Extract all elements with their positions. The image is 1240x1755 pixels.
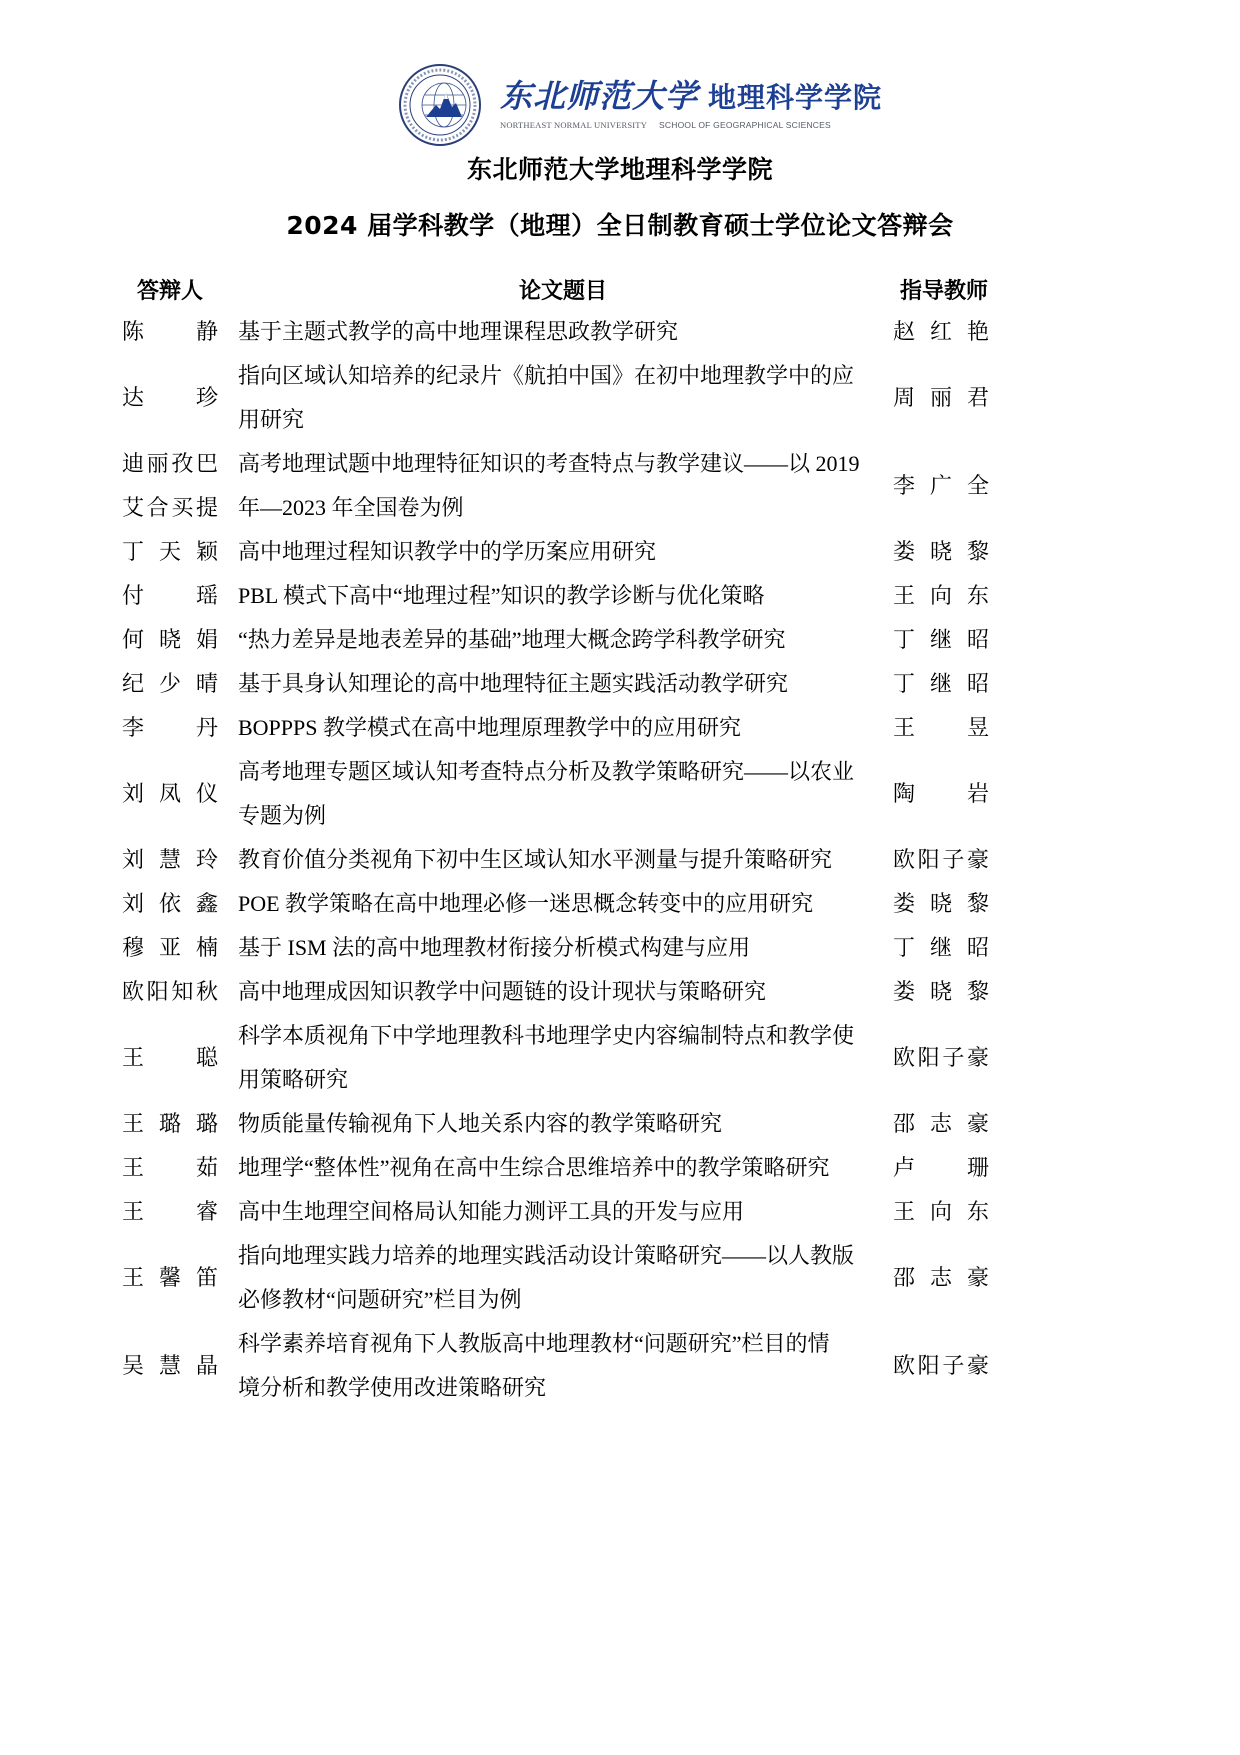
thesis-title: 指向地理实践力培养的地理实践活动设计策略研究——以人教版必修教材“问题研究”栏目… <box>238 1234 873 1322</box>
defender-name-line: 迪丽孜巴 <box>122 442 218 486</box>
thesis-title-line: 高考地理试题中地理特征知识的考查特点与教学建议——以 2019 <box>238 442 873 486</box>
advisor-name: 周丽君 <box>893 376 989 420</box>
school-logo: 东北师范大学 地理科学学院 NORTHEAST NORMAL UNIVERSIT… <box>398 62 882 148</box>
thesis-title-line: 指向区域认知培养的纪录片《航拍中国》在初中地理教学中的应 <box>238 354 873 398</box>
name-char: 欧 <box>122 970 144 1014</box>
advisor-name: 李广全 <box>893 464 989 508</box>
table-row: 丁天颖高中地理过程知识教学中的学历案应用研究娄晓黎 <box>122 530 1112 574</box>
table-row: 刘慧玲教育价值分类视角下初中生区域认知水平测量与提升策略研究欧阳子豪 <box>122 838 1112 882</box>
name-char: 子 <box>942 1036 964 1080</box>
name-char: 周 <box>893 376 915 420</box>
name-char: 茹 <box>196 1146 218 1190</box>
name-char: 晓 <box>159 618 181 662</box>
defender-name-line: 刘慧玲 <box>122 838 218 882</box>
thesis-title: 指向区域认知培养的纪录片《航拍中国》在初中地理教学中的应用研究 <box>238 354 873 442</box>
name-char: 晴 <box>196 662 218 706</box>
defender-name: 陈静 <box>122 310 218 354</box>
thesis-title: PBL 模式下高中“地理过程”知识的教学诊断与优化策略 <box>238 574 873 618</box>
name-char: 黎 <box>967 882 989 926</box>
name-char: 达 <box>122 376 144 420</box>
name-char: 君 <box>967 376 989 420</box>
name-char: 邵 <box>893 1102 915 1146</box>
defender-name-line: 欧阳知秋 <box>122 970 218 1014</box>
advisor-name-line: 王昱 <box>893 706 989 750</box>
advisor-name: 卢珊 <box>893 1146 989 1190</box>
name-char: 继 <box>930 662 952 706</box>
name-char: 珊 <box>967 1146 989 1190</box>
table-row: 付瑶PBL 模式下高中“地理过程”知识的教学诊断与优化策略王向东 <box>122 574 1112 618</box>
defender-name-line: 刘依鑫 <box>122 882 218 926</box>
name-char: 豪 <box>967 1036 989 1080</box>
name-char: 依 <box>159 882 181 926</box>
name-char: 欧 <box>893 838 915 882</box>
thesis-title: 高中生地理空间格局认知能力测评工具的开发与应用 <box>238 1190 873 1234</box>
thesis-title-line: 用策略研究 <box>238 1058 873 1102</box>
name-char: 璐 <box>196 1102 218 1146</box>
thesis-title-line: 高中地理成因知识教学中问题链的设计现状与策略研究 <box>238 970 873 1014</box>
name-char: 志 <box>930 1256 952 1300</box>
table-row: 纪少晴基于具身认知理论的高中地理特征主题实践活动教学研究丁继昭 <box>122 662 1112 706</box>
name-char: 广 <box>930 464 952 508</box>
table-row: 王睿高中生地理空间格局认知能力测评工具的开发与应用王向东 <box>122 1190 1112 1234</box>
name-char: 邵 <box>893 1256 915 1300</box>
thesis-title: 基于主题式教学的高中地理课程思政教学研究 <box>238 310 873 354</box>
thesis-title-line: 科学素养培育视角下人教版高中地理教材“问题研究”栏目的情 <box>238 1322 873 1366</box>
advisor-name-line: 娄晓黎 <box>893 530 989 574</box>
advisor-name: 丁继昭 <box>893 618 989 662</box>
thesis-title: 科学素养培育视角下人教版高中地理教材“问题研究”栏目的情境分析和教学使用改进策略… <box>238 1322 873 1410</box>
name-char: 李 <box>122 706 144 750</box>
table-row: 达珍指向区域认知培养的纪录片《航拍中国》在初中地理教学中的应用研究周丽君 <box>122 354 1112 442</box>
name-char: 娄 <box>893 530 915 574</box>
name-char: 睿 <box>196 1190 218 1234</box>
name-char: 付 <box>122 574 144 618</box>
thesis-title-line: 高中地理过程知识教学中的学历案应用研究 <box>238 530 873 574</box>
name-char: 卢 <box>893 1146 915 1190</box>
defender-name-line: 付瑶 <box>122 574 218 618</box>
advisor-name-line: 欧阳子豪 <box>893 1344 989 1388</box>
school-name-en: SCHOOL OF GEOGRAPHICAL SCIENCES <box>659 120 831 130</box>
advisor-name: 王向东 <box>893 1190 989 1234</box>
thesis-title-line: 基于具身认知理论的高中地理特征主题实践活动教学研究 <box>238 662 873 706</box>
name-char: 阳 <box>918 1036 940 1080</box>
table-row: 王璐璐物质能量传输视角下人地关系内容的教学策略研究邵志豪 <box>122 1102 1112 1146</box>
defender-name: 丁天颖 <box>122 530 218 574</box>
thesis-title-line: PBL 模式下高中“地理过程”知识的教学诊断与优化策略 <box>238 574 873 618</box>
thesis-title: 地理学“整体性”视角在高中生综合思维培养中的教学策略研究 <box>238 1146 873 1190</box>
thesis-title: POE 教学策略在高中地理必修一迷思概念转变中的应用研究 <box>238 882 873 926</box>
thesis-title: 物质能量传输视角下人地关系内容的教学策略研究 <box>238 1102 873 1146</box>
advisor-name: 娄晓黎 <box>893 530 989 574</box>
name-char: 子 <box>942 1344 964 1388</box>
name-char: 璐 <box>159 1102 181 1146</box>
name-char: 晓 <box>930 530 952 574</box>
name-char: 刘 <box>122 772 144 816</box>
advisor-name: 丁继昭 <box>893 926 989 970</box>
column-header-defender: 答辩人 <box>122 274 218 305</box>
defender-name: 迪丽孜巴艾合买提 <box>122 442 218 530</box>
advisor-name: 王昱 <box>893 706 989 750</box>
thesis-title-line: 境分析和教学使用改进策略研究 <box>238 1366 873 1410</box>
thesis-title: 高中地理过程知识教学中的学历案应用研究 <box>238 530 873 574</box>
table-row: 刘依鑫POE 教学策略在高中地理必修一迷思概念转变中的应用研究娄晓黎 <box>122 882 1112 926</box>
name-char: 丹 <box>196 706 218 750</box>
advisor-name-line: 卢珊 <box>893 1146 989 1190</box>
name-char: 豪 <box>967 1256 989 1300</box>
thesis-title: 高中地理成因知识教学中问题链的设计现状与策略研究 <box>238 970 873 1014</box>
name-char: 静 <box>196 310 218 354</box>
name-char: 巴 <box>196 442 218 486</box>
advisor-name-line: 周丽君 <box>893 376 989 420</box>
name-char: 知 <box>171 970 193 1014</box>
name-char: 笛 <box>196 1256 218 1300</box>
table-row: 王聪科学本质视角下中学地理教科书地理学史内容编制特点和教学使用策略研究欧阳子豪 <box>122 1014 1112 1102</box>
name-char: 刘 <box>122 838 144 882</box>
thesis-title: 教育价值分类视角下初中生区域认知水平测量与提升策略研究 <box>238 838 873 882</box>
defender-name-line: 丁天颖 <box>122 530 218 574</box>
defender-name-line: 达珍 <box>122 376 218 420</box>
name-char: 王 <box>122 1190 144 1234</box>
advisor-name-line: 欧阳子豪 <box>893 838 989 882</box>
thesis-title-line: 教育价值分类视角下初中生区域认知水平测量与提升策略研究 <box>238 838 873 882</box>
name-char: 王 <box>122 1036 144 1080</box>
defender-name-line: 王茹 <box>122 1146 218 1190</box>
defender-name-line: 陈静 <box>122 310 218 354</box>
name-char: 迪 <box>122 442 144 486</box>
name-char: 鑫 <box>196 882 218 926</box>
name-char: 丁 <box>122 530 144 574</box>
name-char: 何 <box>122 618 144 662</box>
brand-block: 东北师范大学 地理科学学院 NORTHEAST NORMAL UNIVERSIT… <box>500 80 882 130</box>
thesis-title-line: POE 教学策略在高中地理必修一迷思概念转变中的应用研究 <box>238 882 873 926</box>
advisor-name-line: 丁继昭 <box>893 662 989 706</box>
advisor-name: 娄晓黎 <box>893 882 989 926</box>
name-char: 楠 <box>196 926 218 970</box>
advisor-name: 陶岩 <box>893 772 989 816</box>
thesis-title-line: 科学本质视角下中学地理教科书地理学史内容编制特点和教学使 <box>238 1014 873 1058</box>
name-char: 慧 <box>159 838 181 882</box>
advisor-name: 赵红艳 <box>893 310 989 354</box>
name-char: 子 <box>942 838 964 882</box>
thesis-title-line: BOPPPS 教学模式在高中地理原理教学中的应用研究 <box>238 706 873 750</box>
defender-name: 王睿 <box>122 1190 218 1234</box>
defender-name: 何晓娟 <box>122 618 218 662</box>
name-char: 阳 <box>918 838 940 882</box>
university-name-en: NORTHEAST NORMAL UNIVERSITY <box>500 120 647 130</box>
thesis-title: 基于具身认知理论的高中地理特征主题实践活动教学研究 <box>238 662 873 706</box>
name-char: 吴 <box>122 1344 144 1388</box>
name-char: 晓 <box>930 970 952 1014</box>
defender-name: 付瑶 <box>122 574 218 618</box>
thesis-title-line: 年—2023 年全国卷为例 <box>238 486 873 530</box>
name-char: 娄 <box>893 970 915 1014</box>
advisor-name-line: 王向东 <box>893 1190 989 1234</box>
advisor-name-line: 王向东 <box>893 574 989 618</box>
name-char: 陈 <box>122 310 144 354</box>
name-char: 向 <box>930 574 952 618</box>
thesis-title: 基于 ISM 法的高中地理教材衔接分析模式构建与应用 <box>238 926 873 970</box>
thesis-title-line: 物质能量传输视角下人地关系内容的教学策略研究 <box>238 1102 873 1146</box>
defender-name-line: 艾合买提 <box>122 486 218 530</box>
name-char: 凤 <box>159 772 181 816</box>
name-char: 王 <box>122 1146 144 1190</box>
advisor-name-line: 娄晓黎 <box>893 882 989 926</box>
thesis-title-line: 地理学“整体性”视角在高中生综合思维培养中的教学策略研究 <box>238 1146 873 1190</box>
table-body: 陈静基于主题式教学的高中地理课程思政教学研究赵红艳达珍指向区域认知培养的纪录片《… <box>122 310 1112 1410</box>
defender-name: 王璐璐 <box>122 1102 218 1146</box>
name-char: 玲 <box>196 838 218 882</box>
name-char: 陶 <box>893 772 915 816</box>
name-char: 娟 <box>196 618 218 662</box>
advisor-name-line: 赵红艳 <box>893 310 989 354</box>
name-char: 豪 <box>967 1102 989 1146</box>
thesis-title: BOPPPS 教学模式在高中地理原理教学中的应用研究 <box>238 706 873 750</box>
defender-name: 王茹 <box>122 1146 218 1190</box>
name-char: 亚 <box>159 926 181 970</box>
name-char: 昭 <box>967 926 989 970</box>
name-char: 买 <box>171 486 193 530</box>
school-name-cn: 地理科学学院 <box>708 84 882 112</box>
advisor-name-line: 陶岩 <box>893 772 989 816</box>
thesis-title-line: “热力差异是地表差异的基础”地理大概念跨学科教学研究 <box>238 618 873 662</box>
university-seal-icon <box>398 63 482 147</box>
defender-name-line: 何晓娟 <box>122 618 218 662</box>
name-char: 红 <box>930 310 952 354</box>
name-char: 继 <box>930 926 952 970</box>
name-char: 仪 <box>196 772 218 816</box>
name-char: 丽 <box>930 376 952 420</box>
page-subtitle: 2024 届学科教学（地理）全日制教育硕士学位论文答辩会 <box>0 206 1240 242</box>
defender-name: 刘凤仪 <box>122 772 218 816</box>
name-char: 秋 <box>196 970 218 1014</box>
table-row: 刘凤仪高考地理专题区域认知考查特点分析及教学策略研究——以农业专题为例陶岩 <box>122 750 1112 838</box>
defender-name: 刘慧玲 <box>122 838 218 882</box>
name-char: 王 <box>893 1190 915 1234</box>
name-char: 孜 <box>171 442 193 486</box>
table-row: 穆亚楠基于 ISM 法的高中地理教材衔接分析模式构建与应用丁继昭 <box>122 926 1112 970</box>
name-char: 昭 <box>967 618 989 662</box>
name-char: 豪 <box>967 838 989 882</box>
name-char: 丁 <box>893 618 915 662</box>
advisor-name-line: 娄晓黎 <box>893 970 989 1014</box>
advisor-name: 欧阳子豪 <box>893 1036 989 1080</box>
name-char: 王 <box>893 574 915 618</box>
defender-name-line: 王聪 <box>122 1036 218 1080</box>
defender-name: 纪少晴 <box>122 662 218 706</box>
column-header-advisor: 指导教师 <box>896 274 992 305</box>
name-char: 天 <box>159 530 181 574</box>
advisor-name-line: 丁继昭 <box>893 618 989 662</box>
advisor-name: 欧阳子豪 <box>893 1344 989 1388</box>
name-char: 珍 <box>196 376 218 420</box>
column-header-thesis: 论文题目 <box>238 274 888 305</box>
defender-name: 王馨笛 <box>122 1256 218 1300</box>
thesis-title: “热力差异是地表差异的基础”地理大概念跨学科教学研究 <box>238 618 873 662</box>
defender-name: 王聪 <box>122 1036 218 1080</box>
thesis-title-line: 基于主题式教学的高中地理课程思政教学研究 <box>238 310 873 354</box>
name-char: 丽 <box>147 442 169 486</box>
name-char: 慧 <box>159 1344 181 1388</box>
name-char: 晓 <box>930 882 952 926</box>
name-char: 王 <box>122 1102 144 1146</box>
advisor-name-line: 丁继昭 <box>893 926 989 970</box>
name-char: 昱 <box>967 706 989 750</box>
defender-name: 欧阳知秋 <box>122 970 218 1014</box>
advisor-name-line: 邵志豪 <box>893 1256 989 1300</box>
defender-name-line: 王馨笛 <box>122 1256 218 1300</box>
name-char: 娄 <box>893 882 915 926</box>
table-header: 答辩人 论文题目 指导教师 <box>122 268 1112 310</box>
name-char: 继 <box>930 618 952 662</box>
advisor-name: 欧阳子豪 <box>893 838 989 882</box>
thesis-title: 科学本质视角下中学地理教科书地理学史内容编制特点和教学使用策略研究 <box>238 1014 873 1102</box>
defender-name: 李丹 <box>122 706 218 750</box>
defender-name: 刘依鑫 <box>122 882 218 926</box>
name-char: 昭 <box>967 662 989 706</box>
thesis-title-line: 专题为例 <box>238 794 873 838</box>
name-char: 纪 <box>122 662 144 706</box>
name-char: 赵 <box>893 310 915 354</box>
name-char: 向 <box>930 1190 952 1234</box>
name-char: 欧 <box>893 1344 915 1388</box>
name-char: 东 <box>967 1190 989 1234</box>
advisor-name: 王向东 <box>893 574 989 618</box>
defender-name-line: 纪少晴 <box>122 662 218 706</box>
name-char: 晶 <box>196 1344 218 1388</box>
advisor-name: 邵志豪 <box>893 1256 989 1300</box>
advisor-name: 邵志豪 <box>893 1102 989 1146</box>
advisor-name-line: 邵志豪 <box>893 1102 989 1146</box>
name-char: 少 <box>159 662 181 706</box>
name-char: 丁 <box>893 926 915 970</box>
defender-name-line: 吴慧晶 <box>122 1344 218 1388</box>
defender-name: 穆亚楠 <box>122 926 218 970</box>
table-row: 王茹地理学“整体性”视角在高中生综合思维培养中的教学策略研究卢珊 <box>122 1146 1112 1190</box>
name-char: 黎 <box>967 530 989 574</box>
name-char: 瑶 <box>196 574 218 618</box>
thesis-title-line: 基于 ISM 法的高中地理教材衔接分析模式构建与应用 <box>238 926 873 970</box>
name-char: 提 <box>196 486 218 530</box>
thesis-title: 高考地理专题区域认知考查特点分析及教学策略研究——以农业专题为例 <box>238 750 873 838</box>
name-char: 阳 <box>147 970 169 1014</box>
advisor-name: 娄晓黎 <box>893 970 989 1014</box>
university-name-cn: 东北师范大学 <box>500 80 698 112</box>
table-row: 何晓娟“热力差异是地表差异的基础”地理大概念跨学科教学研究丁继昭 <box>122 618 1112 662</box>
defender-name-line: 王璐璐 <box>122 1102 218 1146</box>
name-char: 岩 <box>967 772 989 816</box>
name-char: 颖 <box>196 530 218 574</box>
table-row: 欧阳知秋高中地理成因知识教学中问题链的设计现状与策略研究娄晓黎 <box>122 970 1112 1014</box>
defender-name-line: 李丹 <box>122 706 218 750</box>
table-row: 李丹BOPPPS 教学模式在高中地理原理教学中的应用研究王昱 <box>122 706 1112 750</box>
name-char: 李 <box>893 464 915 508</box>
name-char: 欧 <box>893 1036 915 1080</box>
name-char: 东 <box>967 574 989 618</box>
advisor-name-line: 李广全 <box>893 464 989 508</box>
table-row: 吴慧晶科学素养培育视角下人教版高中地理教材“问题研究”栏目的情境分析和教学使用改… <box>122 1322 1112 1410</box>
name-char: 全 <box>967 464 989 508</box>
defense-schedule-table: 答辩人 论文题目 指导教师 陈静基于主题式教学的高中地理课程思政教学研究赵红艳达… <box>122 268 1112 1410</box>
defender-name: 吴慧晶 <box>122 1344 218 1388</box>
name-char: 丁 <box>893 662 915 706</box>
thesis-title-line: 用研究 <box>238 398 873 442</box>
thesis-title-line: 指向地理实践力培养的地理实践活动设计策略研究——以人教版 <box>238 1234 873 1278</box>
defender-name-line: 穆亚楠 <box>122 926 218 970</box>
thesis-title-line: 必修教材“问题研究”栏目为例 <box>238 1278 873 1322</box>
defender-name-line: 刘凤仪 <box>122 772 218 816</box>
name-char: 馨 <box>159 1256 181 1300</box>
advisor-name: 丁继昭 <box>893 662 989 706</box>
thesis-title-line: 高中生地理空间格局认知能力测评工具的开发与应用 <box>238 1190 873 1234</box>
name-char: 合 <box>147 486 169 530</box>
table-row: 王馨笛指向地理实践力培养的地理实践活动设计策略研究——以人教版必修教材“问题研究… <box>122 1234 1112 1322</box>
name-char: 刘 <box>122 882 144 926</box>
thesis-title: 高考地理试题中地理特征知识的考查特点与教学建议——以 2019年—2023 年全… <box>238 442 873 530</box>
thesis-title-line: 高考地理专题区域认知考查特点分析及教学策略研究——以农业 <box>238 750 873 794</box>
name-char: 王 <box>893 706 915 750</box>
name-char: 聪 <box>196 1036 218 1080</box>
table-row: 陈静基于主题式教学的高中地理课程思政教学研究赵红艳 <box>122 310 1112 354</box>
name-char: 黎 <box>967 970 989 1014</box>
name-char: 艾 <box>122 486 144 530</box>
name-char: 志 <box>930 1102 952 1146</box>
name-char: 艳 <box>967 310 989 354</box>
name-char: 穆 <box>122 926 144 970</box>
page-title: 东北师范大学地理科学学院 <box>0 150 1240 186</box>
defender-name-line: 王睿 <box>122 1190 218 1234</box>
table-row: 迪丽孜巴艾合买提高考地理试题中地理特征知识的考查特点与教学建议——以 2019年… <box>122 442 1112 530</box>
name-char: 阳 <box>918 1344 940 1388</box>
advisor-name-line: 欧阳子豪 <box>893 1036 989 1080</box>
defender-name: 达珍 <box>122 376 218 420</box>
name-char: 王 <box>122 1256 144 1300</box>
name-char: 豪 <box>967 1344 989 1388</box>
